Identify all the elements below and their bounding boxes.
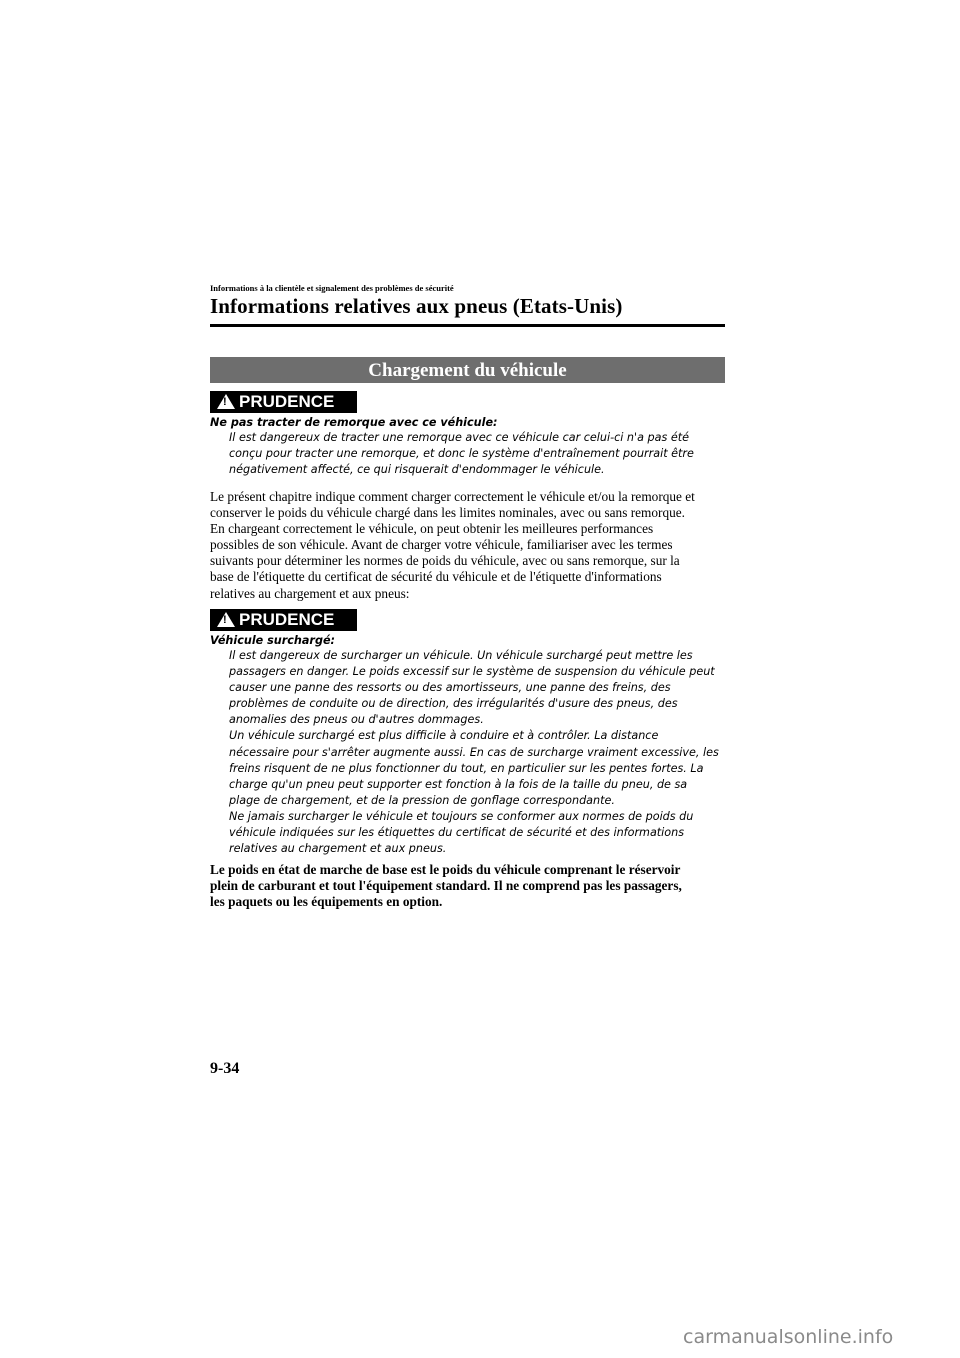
paragraph-line: Le présent chapitre indique comment char… [210,489,730,505]
paragraph-line: relatives au chargement et aux pneus: [210,586,730,602]
paragraph-line: les paquets ou les équipements en option… [210,894,730,910]
paragraph-line: possibles de son véhicule. Avant de char… [210,537,730,553]
caution-text-line: causer une panne des ressorts ou des amo… [229,680,729,696]
caution-text-line: Il est dangereux de tracter une remorque… [229,430,729,446]
caution-text-line: freins risquent de ne plus fonctionner d… [229,761,729,777]
caution-text-line: nécessaire pour s'arrêter augmente aussi… [229,745,729,761]
caution-text-line: problèmes de conduite ou de direction, d… [229,696,729,712]
title-divider [210,324,725,327]
caution-badge: ! PRUDENCE [210,391,357,413]
caution-badge-label: PRUDENCE [239,391,334,413]
page-number: 9-34 [210,1060,239,1078]
paragraph-line: conserver le poids du véhicule chargé da… [210,505,730,521]
caution-text-line: relatives au chargement et aux pneus. [229,841,729,857]
caution-title: Véhicule surchargé: [210,634,335,647]
warning-triangle-icon: ! [217,394,235,409]
caution-text-line: Un véhicule surchargé est plus difficile… [229,728,729,744]
caution-text-line: Il est dangereux de surcharger un véhicu… [229,648,729,664]
intro-paragraph: Le présent chapitre indique comment char… [210,489,730,602]
paragraph-line: En chargeant correctement le véhicule, o… [210,521,730,537]
paragraph-line: suivants pour déterminer les normes de p… [210,553,730,569]
caution-text-line: négativement affecté, ce qui risquerait … [229,462,729,478]
warning-triangle-icon: ! [217,612,235,627]
paragraph-line: Le poids en état de marche de base est l… [210,862,730,878]
caution-text-line: passagers en danger. Le poids excessif s… [229,664,729,680]
definition-paragraph: Le poids en état de marche de base est l… [210,862,730,910]
caution-body: Il est dangereux de surcharger un véhicu… [229,648,729,857]
caution-text-line: plage de chargement, et de la pression d… [229,793,729,809]
caution-text-line: charge qu'un pneu peut supporter est fon… [229,777,729,793]
caution-title: Ne pas tracter de remorque avec ce véhic… [210,416,498,429]
page-title: Informations relatives aux pneus (Etats-… [210,294,622,319]
section-heading: Chargement du véhicule [210,357,725,383]
caution-text-line: conçu pour tracter une remorque, et donc… [229,446,729,462]
watermark[interactable]: carmanualsonline.info [683,1326,893,1348]
caution-badge-label: PRUDENCE [239,609,334,631]
paragraph-line: plein de carburant et tout l'équipement … [210,878,730,894]
caution-body: Il est dangereux de tracter une remorque… [229,430,729,478]
breadcrumb: Informations à la clientèle et signaleme… [210,283,454,293]
caution-text-line: Ne jamais surcharger le véhicule et touj… [229,809,729,825]
caution-text-line: véhicule indiquées sur les étiquettes du… [229,825,729,841]
paragraph-line: base de l'étiquette du certificat de séc… [210,569,730,585]
caution-badge: ! PRUDENCE [210,609,357,631]
caution-text-line: anomalies des pneus ou d'autres dommages… [229,712,729,728]
